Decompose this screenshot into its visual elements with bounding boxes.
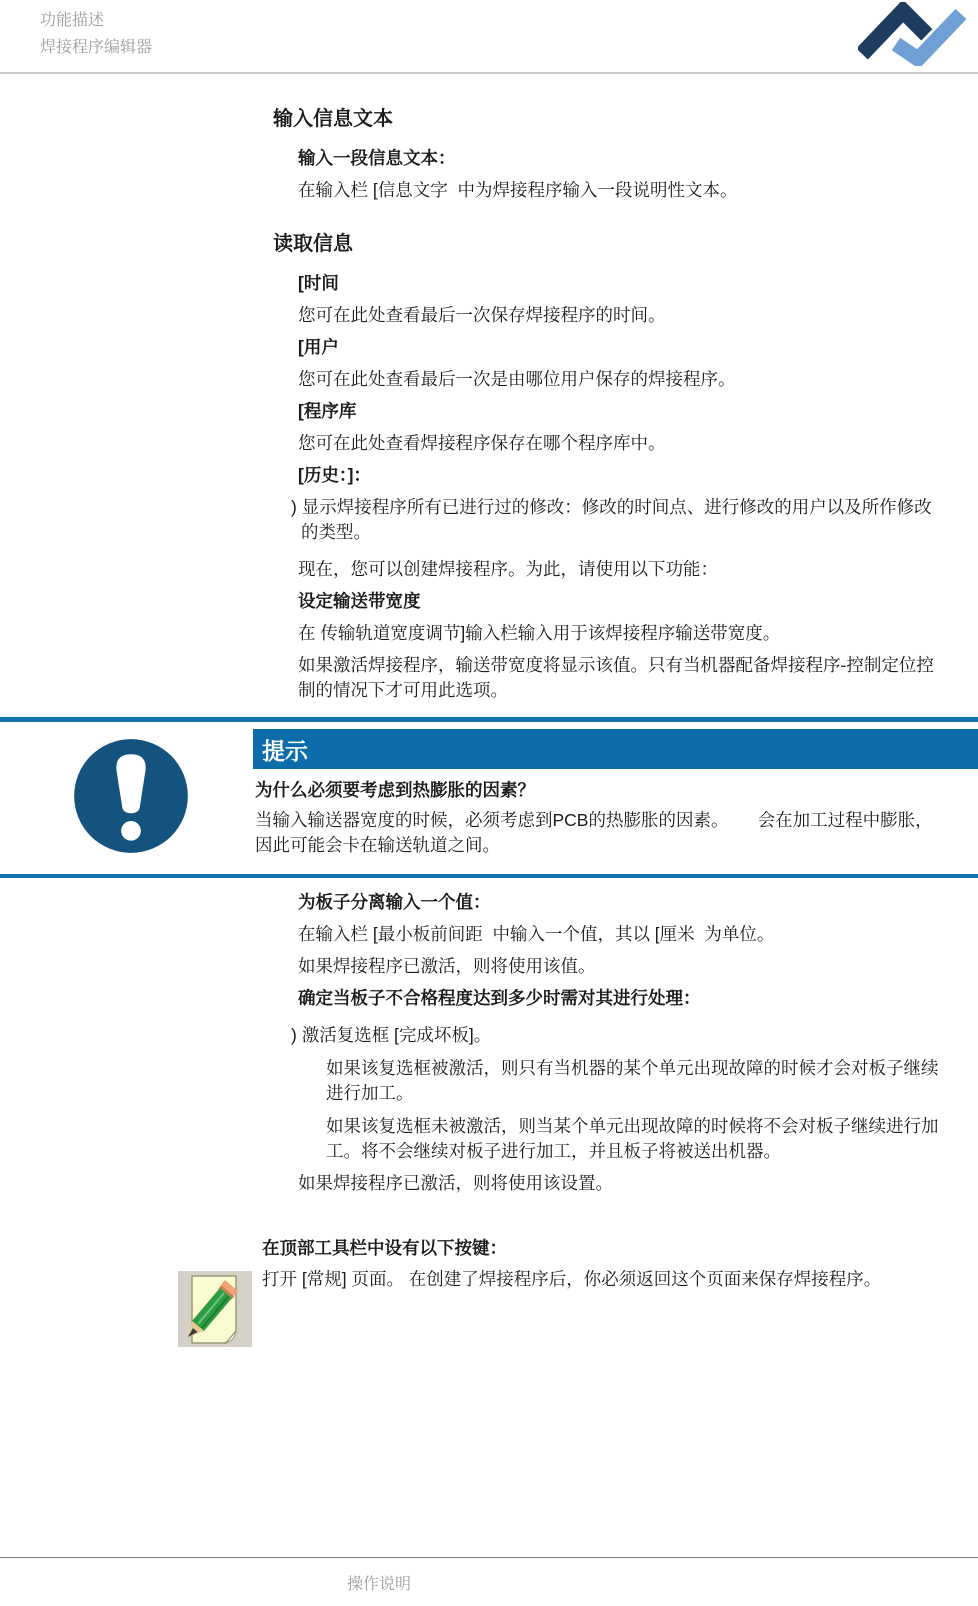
toolbar-row: 打开 [常规] 页面。 在创建了焊接程序后，你必须返回这个页面来保存焊接程序。	[0, 1267, 978, 1353]
paragraph: 如果焊接程序已激活，则将使用该值。	[298, 954, 940, 979]
field-label-library: [程序库	[298, 399, 940, 424]
note-question: 为什么必须要考虑到热膨胀的因素？	[255, 778, 942, 803]
action-line: 为板子分离输入一个值：	[298, 890, 940, 915]
section-heading-read-info: 读取信息	[273, 231, 940, 257]
footer-label: 操作说明	[347, 1571, 978, 1594]
sub-heading-belt-width: 设定输送带宽度	[298, 589, 940, 614]
field-desc-history: ) 显示焊接程序所有已进行过的修改：修改的时间点、进行修改的用户以及所作修改的类…	[291, 495, 940, 545]
field-desc-time: 您可在此处查看最后一次保存焊接程序的时间。	[298, 303, 940, 328]
header-titles: 功能描述 焊接程序编辑器	[40, 7, 152, 61]
note-title-bar: 提示	[253, 729, 978, 769]
page-footer: 操作说明	[0, 1557, 978, 1594]
field-label-time: [时间	[298, 271, 940, 296]
edit-page-pencil-icon	[178, 1271, 252, 1347]
page-header: 功能描述 焊接程序编辑器	[0, 0, 978, 74]
manual-page: 功能描述 焊接程序编辑器 输入信息文本 输入一段信息文本： 在输入栏 [信息文字…	[0, 0, 978, 1606]
paragraph: 现在，您可以创建焊接程序。为此，请使用以下功能：	[298, 557, 940, 582]
paragraph: 如果该复选框被激活，则只有当机器的某个单元出现故障的时候才会对板子继续进行加工。	[326, 1056, 940, 1106]
section-heading-input-info: 输入信息文本	[273, 106, 940, 132]
toolbar-heading: 在顶部工具栏中设有以下按键：	[262, 1236, 940, 1261]
action-line: 输入一段信息文本：	[298, 146, 940, 171]
paragraph: 在输入栏 [信息文字 中为焊接程序输入一段说明性文本。	[298, 178, 940, 203]
note-title: 提示	[262, 733, 308, 766]
toolbar-button-desc: 打开 [常规] 页面。 在创建了焊接程序后，你必须返回这个页面来保存焊接程序。	[262, 1267, 940, 1292]
paragraph: 如果焊接程序已激活，则将使用该设置。	[298, 1171, 940, 1196]
field-label-user: [用户	[298, 335, 940, 360]
paragraph: 在输入栏 [最小板前间距 中输入一个值，其以 [厘米 为单位。	[298, 922, 940, 947]
doc-title: 功能描述	[40, 7, 152, 34]
field-desc-library: 您可在此处查看焊接程序保存在哪个程序库中。	[298, 431, 940, 456]
paragraph: 如果激活焊接程序，输送带宽度将显示该值。只有当机器配备焊接程序-控制定位控制的情…	[298, 653, 940, 703]
brand-logo-icon	[858, 2, 976, 66]
field-desc-user: 您可在此处查看最后一次是由哪位用户保存的焊接程序。	[298, 367, 940, 392]
paragraph: 如果该复选框未被激活，则当某个单元出现故障的时候将不会对板子继续进行加工。将不会…	[326, 1114, 940, 1164]
action-line: 确定当板子不合格程度达到多少时需对其进行处理：	[298, 986, 940, 1011]
step-line: ) 激活复选框 [完成坏板]。	[291, 1023, 940, 1048]
note-body: 当输入输送器宽度的时候，必须考虑到PCB的热膨胀的因素。 会在加工过程中膨胀，因…	[255, 808, 942, 858]
mandatory-exclamation-icon	[73, 738, 189, 854]
note-box: 提示 为什么必须要考虑到热膨胀的因素？ 当输入输送器宽度的时候，必须考虑到PCB…	[0, 717, 978, 878]
doc-subtitle: 焊接程序编辑器	[40, 34, 152, 61]
field-label-history: [历史：]：	[298, 463, 940, 488]
paragraph: 在 传输轨道宽度调节]输入栏输入用于该焊接程序输送带宽度。	[298, 621, 940, 646]
